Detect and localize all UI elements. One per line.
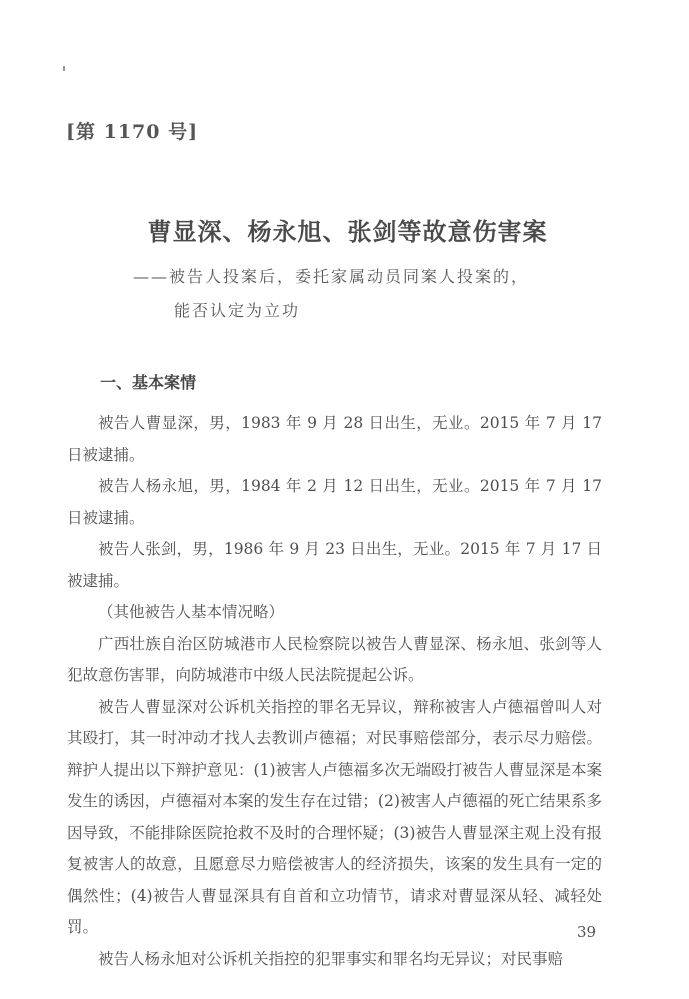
- case-title: 曹显深、杨永旭、张剑等故意伤害案: [0, 212, 689, 247]
- page-number: 39: [577, 923, 596, 941]
- section-heading: 一、基本案情: [100, 370, 196, 393]
- paragraph-defendant-yang: 被告人杨永旭，男，1984 年 2 月 12 日出生，无业。2015 年 7 月…: [67, 471, 602, 534]
- scan-artifact-mark: [63, 66, 65, 71]
- paragraph-prosecution: 广西壮族自治区防城港市人民检察院以被告人曹显深、杨永旭、张剑等人犯故意伤害罪，向…: [67, 629, 602, 692]
- paragraph-cao-defense: 被告人曹显深对公诉机关指控的罪名无异议，辩称被害人卢德福曾叫人对其殴打，其一时冲…: [67, 692, 602, 944]
- subtitle-line-1: ——被告人投案后，委托家属动员同案人投案的，: [133, 267, 529, 286]
- paragraph-defendant-cao: 被告人曹显深，男，1983 年 9 月 28 日出生，无业。2015 年 7 月…: [67, 408, 602, 471]
- subtitle-line-2: 能否认定为立功: [133, 294, 529, 328]
- paragraph-defendant-zhang: 被告人张剑，男，1986 年 9 月 23 日出生，无业。2015 年 7 月 …: [67, 534, 602, 597]
- case-number: [第 1170 号]: [66, 117, 198, 144]
- paragraph-other-defendants: （其他被告人基本情况略）: [67, 597, 602, 629]
- body-text: 被告人曹显深，男，1983 年 9 月 28 日出生，无业。2015 年 7 月…: [67, 408, 602, 975]
- paragraph-yang-defense: 被告人杨永旭对公诉机关指控的犯罪事实和罪名均无异议；对民事赔: [67, 944, 602, 976]
- case-subtitle: ——被告人投案后，委托家属动员同案人投案的， 能否认定为立功: [133, 260, 529, 328]
